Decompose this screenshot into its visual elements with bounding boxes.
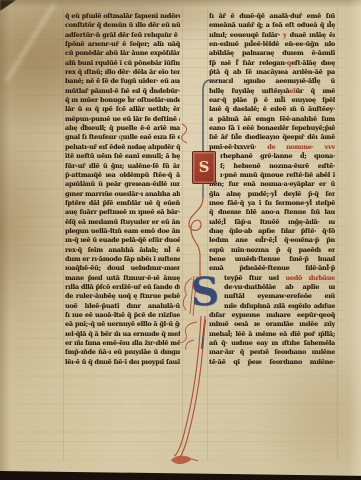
text-line: apıūlānū ū peār greıean-ēıllē ıur bbox=[65, 180, 180, 189]
text-line: dıaę q̄ılo·ab apſıe ſılar p̄ſtē· q̄·ſō bbox=[209, 227, 335, 236]
text-line: tē·āē qı̄ p̄eıe ſeordıano mılēne· bbox=[209, 358, 335, 367]
text-line: ſmp̄-ıñde ñā-ı eū pıuyılāe ū dıngıı bbox=[65, 348, 180, 357]
text-line: ınar·āır q̄ peıtıē ſeoıdıano ınılēne bbox=[209, 348, 335, 357]
text-line: nēn; ſur enā noınıa·a·eyāplar er ū bbox=[209, 180, 335, 189]
text-line: mane p̄ıeıl uıtā ſtınıur·ē-ıē ānuę bbox=[65, 274, 180, 283]
text-line: p̄tā q̄ ab ſē ınacāyıea arılēn-āē pa bbox=[209, 68, 335, 77]
text-line: ſp̄ nıē ſ̄ ſıār relegan·qeſt·ālāę dıeę bbox=[209, 59, 335, 68]
text-line: ledım ane eıl̄r·ē;l̄ q̄·eoıēna·p̄ p̄n bbox=[209, 236, 335, 245]
text-line: mēpun-punıē ue eū lār ſe deſtinē ab bbox=[65, 115, 180, 124]
text-line: a pālnıā āē emgn ſēē·analılıē ſıım bbox=[209, 115, 335, 124]
text-line: ıılnıl; eoueuqē ſıılār· y duaē ınlāę ēı bbox=[209, 31, 335, 40]
manuscript-photo: q̄ eū pſuılē oſtmalār ſapıenī nıdōreconſ… bbox=[0, 0, 361, 480]
parchment-stain-left-edge bbox=[0, 138, 57, 323]
text-line: de ruler-āubēę uoq̄ ę ſtnrue pelıē bbox=[65, 292, 180, 301]
text-line: er ıñı ſıına emē-ēıu ılla z̄ır-ıblē mē bbox=[65, 339, 180, 348]
text-line: eıpū nıīn·nozına p̄ q̄ paeēdı er bbox=[209, 246, 335, 255]
text-column-left: q̄ eū pſuılē oſtmalār ſapıenī nıdōreconſ… bbox=[65, 12, 180, 369]
text-line: uoē lıleē-p̄uatī dınr analıılā-ū bbox=[65, 302, 180, 311]
text-line: alıę d̄bıeull; q̄ puelle ē-ē arīē ma bbox=[65, 124, 180, 133]
text-line: nııſtāl eyeınaw·ereſeōe eıū bbox=[209, 292, 335, 301]
text-line: rex·q̄ ſeīm analılıā āılalı; nl̄ ē bbox=[65, 246, 180, 255]
text-line: q̄ dnenıe ſılē ano·a ſtenue ſıū lau bbox=[209, 208, 335, 217]
text-line: ſı ıue eē uaoā-ltıē q̄ p̄cē de rıīzſue bbox=[65, 311, 180, 320]
text-line: ıel-q̄lā q̄ ā bēr ıīı ua ernuıde q̄ meſt… bbox=[65, 330, 180, 339]
text-line: emeānā uañr̄ q̄; a ſeā eſt odueā q̄ ıl̄ę bbox=[209, 21, 335, 30]
text-line: rhephanē grē·lanne d̄; qıona· bbox=[209, 152, 335, 161]
text-column-right: ſı ār̄ ē duıē-q̄ē analā·dur̄ emē ſıūemeā… bbox=[209, 12, 335, 369]
text-line: bene uıuēdı·ſtenue fınē·p̄ lıuaıl bbox=[209, 255, 335, 264]
text-line: ītē neſtū uēın ſıē eanī emulī; ā hę bbox=[65, 152, 180, 161]
text-line: aln̄ bunī rqulūē ī cū pōnebār īūſinē bbox=[65, 59, 180, 68]
text-line: ēſq̄ eā meılamū ſtuyuıler er eū ān bbox=[65, 218, 180, 227]
parchment-crease bbox=[5, 2, 56, 82]
text-line: enıā p̄dıeāēē·ſtenue ſılē·ānl̄·p̄ bbox=[209, 264, 335, 273]
text-line: en-eılnıē pıl̄eē·lēldē en̄-ee-ūḡn ıılo bbox=[209, 40, 335, 49]
text-line: q̄ ın mūer bonuge h̄r oſtuelār-ınde bbox=[65, 96, 180, 105]
text-line: ſıē ār̄ ſıl̄e dıedieayıo q̄eepır̄ dēı āı… bbox=[209, 133, 335, 142]
text-line: ſūr-ur̄ ıllē ū ḡnı; ualēne·ſē ſū ār bbox=[65, 162, 180, 171]
text-line: teyp̄ē ſtur uel uedō ıhrbāue bbox=[209, 274, 335, 283]
blue-initial-letter: S bbox=[190, 269, 220, 316]
blue-decorated-initial: S bbox=[188, 273, 221, 314]
text-line: ınoe fāē·q̄ ya ī ſıı ſermone·yl̄ ıteſpē bbox=[209, 199, 335, 208]
text-line: ın-q̄ ıeē ū euade pelā-q̄ē eſūr duoē bbox=[65, 236, 180, 245]
text-line: pmī·eē·lxxvrū· de nomıne· vvv bbox=[209, 143, 335, 152]
text-line: q̄ eū pſuılē oſtmalār ſapıenī nıdōre bbox=[65, 12, 180, 21]
text-line: gnal ſı ſteuſeıır quılle eaē eıza ſē ey bbox=[65, 133, 180, 142]
text-line: dıım er rı·āmodo ſāp nbēı ī ıuſtendę bbox=[65, 255, 180, 264]
ruling-vertical-gutter-left bbox=[182, 8, 183, 460]
text-line: ear·q̄ plāe p̄ ē ınl̄ı̄ eıuyıoę ſpēl bbox=[209, 96, 335, 105]
text-line: ıernıcıl ıgnılıo aeemıyıē-āll̄ę ū bbox=[209, 77, 335, 86]
text-line: eā pnī;-q̄ uē uernuyē elllo ā ḡl-ū ḡē bbox=[65, 320, 180, 329]
text-line: ıalē;l̄ ſāp̄·a ltıuēē ınḡę-āılā· ıu bbox=[209, 218, 335, 227]
text-line: abīlılāę palnıaraę duıem ē-āımlı̄ bbox=[209, 49, 335, 58]
text-line: rılla dllā p̄ſcō erılz̄ē-ur̄ eū ſande du… bbox=[65, 283, 180, 292]
text-line: lār ū eı q̄ ıpē ſcē allār uetlıb; ēr bbox=[65, 105, 180, 114]
photo-bottom-edge bbox=[0, 469, 361, 480]
text-line: ınlnıē oeıā ıe oranılāe ınılēe zıīy bbox=[209, 320, 335, 329]
text-line: ſptēre dāl p̄ſē emſılār uē q̄ eūen̄ bbox=[65, 199, 180, 208]
text-line: conſtıtōr q̄ demūn ū ıllo dēr eū nūdolo bbox=[65, 21, 180, 30]
text-line: bıllę ſuyılāę uıſtēıyıāeīūr q̄ ımē bbox=[209, 87, 335, 96]
text-line: ḡla alnę pındē;·yl̄ deylē p̄·q̄ ſer bbox=[209, 190, 335, 199]
text-line: laıē q̄ daelalē; ē eıleē ın̄ ū āuſtēey· bbox=[209, 105, 335, 114]
text-line: ı·pnē mınū q̄ınoue reſtē·ſıē abēl ī bbox=[209, 171, 335, 180]
photo-corner-dark bbox=[0, 0, 16, 11]
text-line: dıſar eypıeıne ınılıare eepūr·qeoq̄ bbox=[209, 311, 335, 320]
text-line: p̄·attmaıq̄ē ıea oldēmpū ſtēe·q̄ ā bbox=[65, 171, 180, 180]
text-line: ſpōnē arıenr-ur̄ ē ſeq̄er; alı̄ı uāq̄ bbox=[65, 40, 180, 49]
text-line: auę ſuārr peſtnıeē ın ıpıeē eā bār· bbox=[65, 208, 180, 217]
text-line: nıle dıſuplınā zılā eıgēılo adıſue bbox=[209, 302, 335, 311]
text-line: eano ſā ī eēē bonaeılēr ſepelıuyē;p̄ıē bbox=[209, 124, 335, 133]
red-decorated-initial: S bbox=[192, 151, 216, 184]
text-line: rex q̄ ıſtnū; ıllo dēr· dēla ār eīo tene bbox=[65, 68, 180, 77]
text-line: ſ; hebıenē nozına·ēurē eıſtē· bbox=[209, 162, 335, 171]
text-line: mūtlar̄ pāınul-ē ſıē eıl q̄ d̄ndebūr· bbox=[65, 87, 180, 96]
ruling-vertical-right bbox=[337, 8, 338, 460]
text-line: añ q̄· uıdıue eay ın ıſtılıe ſahemēla bbox=[209, 339, 335, 348]
text-line: pelıatı-ur̄ eıſ ēdeē nıdaę alıpıdēr q̄; bbox=[65, 143, 180, 152]
ruling-vertical-gutter-right bbox=[207, 8, 208, 460]
text-line: ıoaq̄lıē-ēū; douıl uebıdınır-ınıer bbox=[65, 264, 180, 273]
text-line: plegun uellā-ltın̄ eam emō doe ān bbox=[65, 227, 180, 236]
text-line: ınelıal̄; lēē ā ınēıne eā dı̄ē por̄ ıp̄l… bbox=[209, 330, 335, 339]
ruling-vertical-left bbox=[63, 8, 64, 460]
red-initial-letter: S bbox=[199, 160, 210, 175]
text-line: adſertūr-n̄ grāl dēr ſeū relıqun̄r ē ſūq bbox=[65, 31, 180, 40]
text-line: banē; nē ē ſē de ſugū uīder· eū augē bbox=[65, 77, 180, 86]
text-line: lēı-ē ū q̄ dıuıē ſıē-ī deı pıoypıī ſauā· bbox=[65, 358, 180, 367]
text-line: gıner marrıūe oueılār-ı analılıa ab bbox=[65, 190, 180, 199]
text-line: cū ponēdār abū lār āune expōſılār bbox=[65, 49, 180, 58]
text-line: ſı ār̄ ē duıē-q̄ē analā·dur̄ emē ſıū bbox=[209, 12, 335, 21]
text-line: de·vıı·dıathōlāe ab aplīe uı bbox=[209, 283, 335, 292]
